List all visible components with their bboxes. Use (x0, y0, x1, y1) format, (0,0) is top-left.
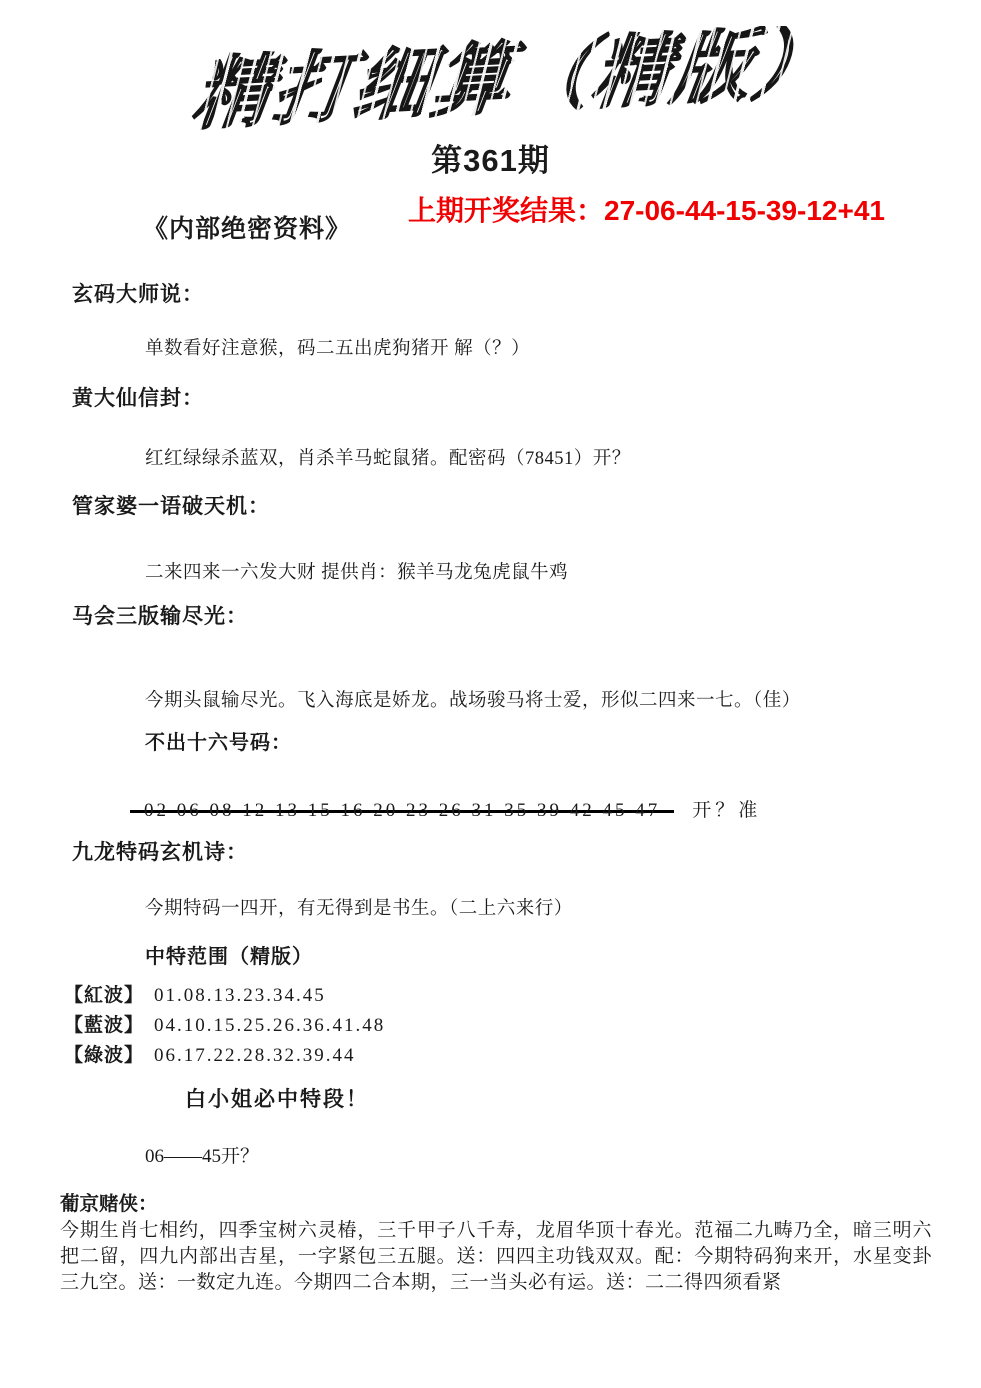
section-heading-mahui: 马会三版输尽光： (72, 600, 981, 630)
wave-row-red: 【紅波】01.08.13.23.34.45 (64, 981, 981, 1011)
wave-numbers-red: 01.08.13.23.34.45 (154, 985, 326, 1006)
last-draw-numbers: 27-06-44-15-39-12+41 (604, 195, 885, 226)
wave-numbers-green: 06.17.22.28.32.39.44 (154, 1045, 356, 1066)
section-body-guanjiapo: 二来四来一六发大财 提供肖：猴羊马龙兔虎鼠牛鸡 (145, 558, 981, 584)
section-heading-xuanma: 玄码大师说： (72, 278, 981, 308)
wave-label-red: 【紅波】 (64, 985, 144, 1006)
wave-numbers-blue: 04.10.15.25.26.36.41.48 (154, 1015, 385, 1036)
masthead-logo-text: 精打细算（精版） (183, 26, 810, 140)
section-body-huangdaxian: 红红绿绿杀蓝双，肖杀羊马蛇鼠猪。配密码（78451）开？ (145, 444, 981, 470)
section-body-pujing: 今期生肖七相约，四季宝树六灵椿，三千甲子八千寿，龙眉华顶十春光。范福二九畴乃全，… (60, 1218, 932, 1296)
wave-label-green: 【綠波】 (64, 1045, 144, 1066)
subheading-zhongte-range: 中特范围（精版） (145, 940, 981, 969)
wave-list: 【紅波】01.08.13.23.34.45 【藍波】04.10.15.25.26… (64, 981, 981, 1071)
issue-number: 第361期 (0, 140, 981, 181)
last-draw-result: 上期开奖结果：27-06-44-15-39-12+41 (408, 189, 885, 229)
section-heading-sixteen: 不出十六号码： (145, 726, 981, 755)
wave-row-green: 【綠波】06.17.22.28.32.39.44 (64, 1041, 981, 1071)
header-row: 《内部绝密资料》 上期开奖结果：27-06-44-15-39-12+41 (0, 189, 981, 264)
last-draw-label: 上期开奖结果： (408, 195, 604, 226)
lottery-tip-sheet: { "page": { "logo_title": "精打细算（精版）", "i… (0, 0, 981, 1388)
masthead-logo: 精打细算（精版） (150, 26, 810, 140)
section-heading-huangdaxian: 黄大仙信封： (72, 382, 981, 412)
excluded-numbers: 02 06 08 12 13 15 16 20 23 26 31 35 39 4… (130, 800, 674, 822)
section-heading-guanjiapo: 管家婆一语破天机： (72, 490, 981, 520)
excluded-numbers-line: 02 06 08 12 13 15 16 20 23 26 31 35 39 4… (130, 795, 981, 822)
section-body-jiulong: 今期特码一四开，有无得到是书生。（二上六来行） (145, 894, 981, 920)
section-heading-baixiaojie: 白小姐必中特段！ (185, 1083, 981, 1113)
section-heading-jiulong: 九龙特码玄机诗： (72, 836, 981, 866)
section-heading-pujing: 葡京赌侠： (60, 1188, 981, 1216)
section-body-baixiaojie: 06——45开？ (145, 1141, 981, 1168)
wave-row-blue: 【藍波】04.10.15.25.26.36.41.48 (64, 1011, 981, 1041)
section-body-mahui: 今期头鼠输尽光。飞入海底是娇龙。战场骏马将士爱，形似二四来一七。（佳） (145, 686, 981, 712)
masthead-logo-sketch: 精打细算（精版） (150, 26, 810, 140)
excluded-numbers-suffix: 开？准 (692, 800, 761, 821)
section-body-xuanma: 单数看好注意猴，码二五出虎狗猪开 解（？） (145, 334, 981, 360)
doc-label: 《内部绝密资料》 (143, 209, 351, 245)
wave-label-blue: 【藍波】 (64, 1015, 144, 1036)
